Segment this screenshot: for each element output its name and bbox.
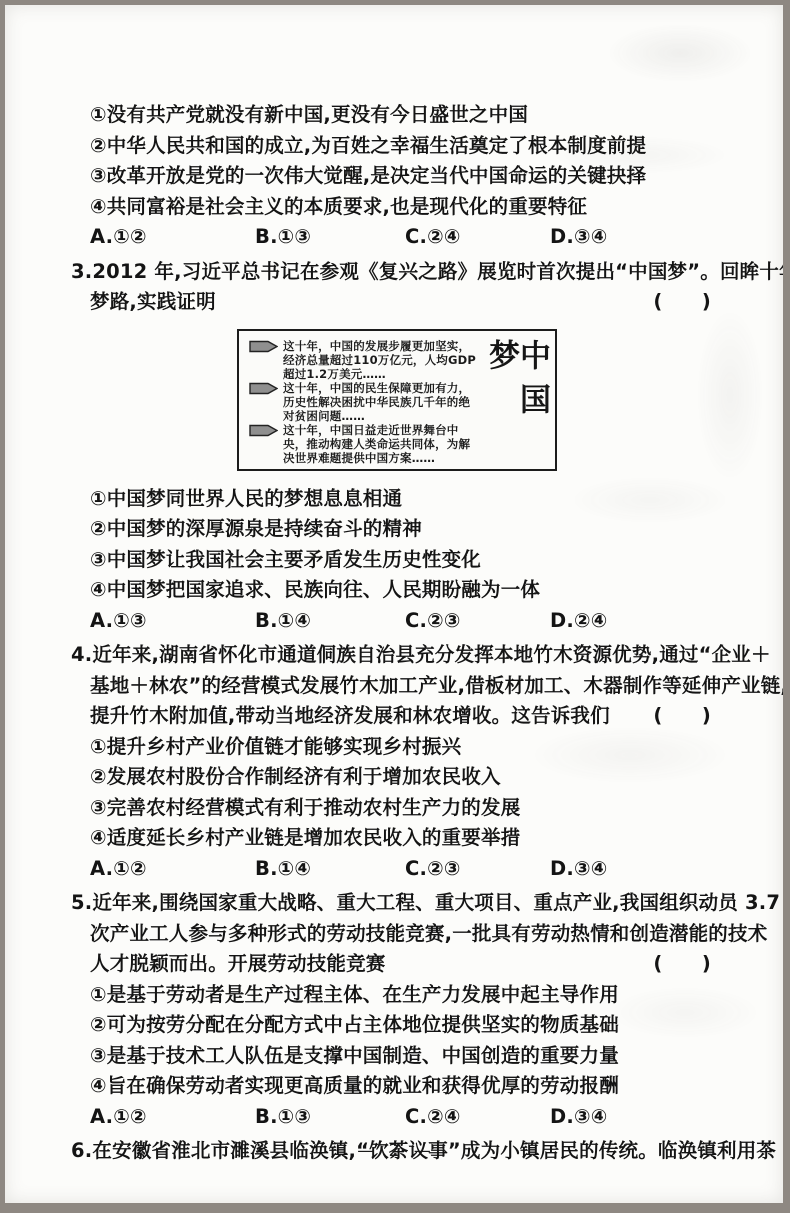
answer-choice: B.①④ bbox=[255, 606, 405, 637]
answer-row: A.①③ B.①④ C.②③ D.②④ bbox=[71, 606, 711, 637]
answer-row: A.①② B.①③ C.②④ D.③④ bbox=[71, 222, 711, 253]
option-line: ②中华人民共和国的成立,为百姓之幸福生活奠定了根本制度前提 bbox=[71, 131, 711, 162]
answer-row: A.①② B.①④ C.②③ D.③④ bbox=[71, 854, 711, 885]
exam-page: ①没有共产党就没有新中国,更没有今日盛世之中国 ②中华人民共和国的成立,为百姓之… bbox=[5, 5, 783, 1203]
answer-choice: C.②④ bbox=[405, 1102, 550, 1133]
answer-choice: D.③④ bbox=[550, 222, 711, 253]
option-line: ③改革开放是党的一次伟大觉醒,是决定当代中国命运的关键抉择 bbox=[71, 161, 711, 192]
bleedthrough-smudge bbox=[605, 23, 755, 83]
answer-paren-blank: ( ) bbox=[653, 949, 711, 980]
option-line: ③完善农村经营模式有利于推动农村生产力的发展 bbox=[71, 793, 711, 824]
answer-choice: A.①② bbox=[90, 854, 255, 885]
answer-row: A.①② B.①③ C.②④ D.③④ bbox=[71, 1102, 711, 1133]
figure-bullet-text: 这十年，中国的发展步履更加坚实，经济总量超过110万亿元，人均GDP超过1.2万… bbox=[283, 339, 477, 381]
question-5: 5.近年来,围绕国家重大战略、重大工程、重大项目、重点产业,我国组织动员 3.7… bbox=[71, 888, 711, 1132]
question-stem-line: 人才脱颖而出。开展劳动技能竞赛 ( ) bbox=[71, 949, 711, 980]
option-line: ②可为按劳分配在分配方式中占主体地位提供坚实的物质基础 bbox=[71, 1010, 711, 1041]
answer-choice: A.①② bbox=[90, 1102, 255, 1133]
question-4: 4.近年来,湖南省怀化市通道侗族自治县充分发挥本地竹木资源优势,通过“企业＋ 基… bbox=[71, 640, 711, 884]
figure-bullet: 这十年，中国的民生保障更加有力，历史性解决困扰中华民族几千年的绝对贫困问题…… bbox=[249, 381, 477, 423]
option-line: ①没有共产党就没有新中国,更没有今日盛世之中国 bbox=[71, 100, 711, 131]
figure-bullet-list: 这十年，中国的发展步履更加坚实，经济总量超过110万亿元，人均GDP超过1.2万… bbox=[249, 339, 477, 461]
option-line: ④适度延长乡村产业链是增加农民收入的重要举措 bbox=[71, 823, 711, 854]
figure-vertical-caption: 中国梦 bbox=[485, 339, 547, 461]
option-line: ②中国梦的深厚源泉是持续奋斗的精神 bbox=[71, 514, 711, 545]
figure-bullet-text: 这十年，中国日益走近世界舞台中央，推动构建人类命运共同体，为解决世界难题提供中国… bbox=[283, 423, 477, 465]
question-stem-line: 梦路,实践证明 ( ) bbox=[71, 287, 711, 318]
option-line: ④旨在确保劳动者实现更高质量的就业和获得优厚的劳动报酬 bbox=[71, 1071, 711, 1102]
option-line: ④中国梦把国家追求、民族向往、人民期盼融为一体 bbox=[71, 575, 711, 606]
answer-choice: B.①④ bbox=[255, 854, 405, 885]
scanned-exam-sheet: ①没有共产党就没有新中国,更没有今日盛世之中国 ②中华人民共和国的成立,为百姓之… bbox=[0, 0, 790, 1213]
question-stem-line: 5.近年来,围绕国家重大战略、重大工程、重大项目、重点产业,我国组织动员 3.7… bbox=[71, 888, 711, 919]
option-line: ①是基于劳动者是生产过程主体、在生产力发展中起主导作用 bbox=[71, 980, 711, 1011]
question-stem-line: 次产业工人参与多种形式的劳动技能竞赛,一批具有劳动热情和创造潜能的技术 bbox=[71, 919, 711, 950]
option-line: ①中国梦同世界人民的梦想息息相通 bbox=[71, 484, 711, 515]
option-line: ④共同富裕是社会主义的本质要求,也是现代化的重要特征 bbox=[71, 192, 711, 223]
question-stem-line: 提升竹木附加值,带动当地经济发展和林农增收。这告诉我们 ( ) bbox=[71, 701, 711, 732]
figure-bullet-text: 这十年，中国的民生保障更加有力，历史性解决困扰中华民族几千年的绝对贫困问题…… bbox=[283, 381, 477, 423]
answer-paren-blank: ( ) bbox=[653, 701, 711, 732]
answer-choice: D.②④ bbox=[550, 606, 711, 637]
question-stem-line: 基地＋林农”的经营模式发展竹木加工产业,借板材加工、木器制作等延伸产业链, bbox=[71, 671, 711, 702]
answer-paren-blank: ( ) bbox=[653, 287, 711, 318]
arrow-bullet-icon bbox=[249, 382, 278, 395]
answer-choice: C.②③ bbox=[405, 854, 550, 885]
option-line: ③中国梦让我国社会主要矛盾发生历史性变化 bbox=[71, 545, 711, 576]
arrow-bullet-icon bbox=[249, 340, 278, 353]
figure-china-dream-box: 这十年，中国的发展步履更加坚实，经济总量超过110万亿元，人均GDP超过1.2万… bbox=[237, 329, 557, 471]
answer-choice: B.①③ bbox=[255, 222, 405, 253]
question-stem-line: 3.2012 年,习近平总书记在参观《复兴之路》展览时首次提出“中国梦”。回眸十… bbox=[71, 257, 711, 288]
page-number: — 2 — bbox=[5, 1141, 783, 1161]
answer-choice: C.②④ bbox=[405, 222, 550, 253]
figure-bullet: 这十年，中国的发展步履更加坚实，经济总量超过110万亿元，人均GDP超过1.2万… bbox=[249, 339, 477, 381]
answer-choice: D.③④ bbox=[550, 1102, 711, 1133]
option-line: ①提升乡村产业价值链才能够实现乡村振兴 bbox=[71, 732, 711, 763]
answer-choice: D.③④ bbox=[550, 854, 711, 885]
answer-choice: C.②③ bbox=[405, 606, 550, 637]
option-line: ③是基于技术工人队伍是支撑中国制造、中国创造的重要力量 bbox=[71, 1041, 711, 1072]
answer-choice: A.①③ bbox=[90, 606, 255, 637]
arrow-bullet-icon bbox=[249, 424, 278, 437]
answer-choice: A.①② bbox=[90, 222, 255, 253]
answer-choice: B.①③ bbox=[255, 1102, 405, 1133]
question-3: 3.2012 年,习近平总书记在参观《复兴之路》展览时首次提出“中国梦”。回眸十… bbox=[71, 257, 711, 637]
option-line: ②发展农村股份合作制经济有利于增加农民收入 bbox=[71, 762, 711, 793]
exam-content: ①没有共产党就没有新中国,更没有今日盛世之中国 ②中华人民共和国的成立,为百姓之… bbox=[71, 100, 711, 1167]
question-stem-line: 4.近年来,湖南省怀化市通道侗族自治县充分发挥本地竹木资源优势,通过“企业＋ bbox=[71, 640, 711, 671]
figure-bullet: 这十年，中国日益走近世界舞台中央，推动构建人类命运共同体，为解决世界难题提供中国… bbox=[249, 423, 477, 465]
